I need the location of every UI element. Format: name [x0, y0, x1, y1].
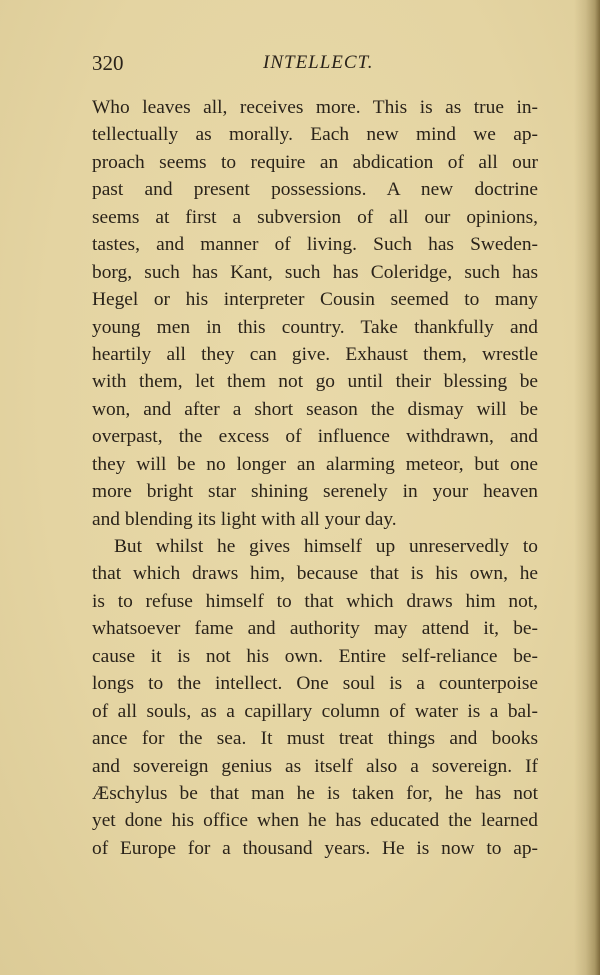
- text-line: young men in this country. Take thankful…: [92, 314, 538, 341]
- text-line: with them, let them not go until their b…: [92, 368, 538, 395]
- text-line: longs to the intellect. One soul is a co…: [92, 670, 538, 697]
- page-number: 320: [92, 48, 124, 78]
- text-line: yet done his office when he has educated…: [92, 807, 538, 834]
- text-line: Hegel or his interpreter Cousin seemed t…: [92, 286, 538, 313]
- running-head: INTELLECT.: [263, 48, 374, 78]
- text-line: whatsoever fame and authority may attend…: [92, 615, 538, 642]
- text-line: overpast, the excess of influence withdr…: [92, 423, 538, 450]
- text-line: Æschylus be that man he is taken for, he…: [92, 780, 538, 807]
- text-line: tastes, and manner of living. Such has S…: [92, 231, 538, 258]
- text-line: of Europe for a thousand years. He is no…: [92, 835, 538, 862]
- text-line: proach seems to require an abdication of…: [92, 149, 538, 176]
- paragraph-1: Who leaves all, receives more. This is a…: [92, 94, 538, 533]
- text-line: is to refuse himself to that which draws…: [92, 588, 538, 615]
- page-gutter-shadow: [574, 0, 600, 975]
- paragraph-2: But whilst he gives himself up unreserve…: [92, 533, 538, 862]
- page-header: 320 INTELLECT.: [92, 48, 538, 78]
- text-line: and blending its light with all your day…: [92, 506, 538, 533]
- text-line: cause it is not his own. Entire self-rel…: [92, 643, 538, 670]
- text-line: seems at first a subversion of all our o…: [92, 204, 538, 231]
- text-line: and sovereign genius as itself also a so…: [92, 753, 538, 780]
- body-text: Who leaves all, receives more. This is a…: [92, 94, 538, 862]
- text-line: more bright star shining serenely in you…: [92, 478, 538, 505]
- text-line: heartily all they can give. Exhaust them…: [92, 341, 538, 368]
- text-line: of all souls, as a capillary column of w…: [92, 698, 538, 725]
- text-line: tellectually as morally. Each new mind w…: [92, 121, 538, 148]
- text-line: ance for the sea. It must treat things a…: [92, 725, 538, 752]
- text-line: won, and after a short season the dismay…: [92, 396, 538, 423]
- text-line: past and present possessions. A new doct…: [92, 176, 538, 203]
- book-page: 320 INTELLECT. Who leaves all, receives …: [0, 0, 600, 975]
- text-line: borg, such has Kant, such has Coleridge,…: [92, 259, 538, 286]
- text-line: they will be no longer an alarming meteo…: [92, 451, 538, 478]
- text-line: Who leaves all, receives more. This is a…: [92, 94, 538, 121]
- text-line: But whilst he gives himself up unreserve…: [92, 533, 538, 560]
- text-line: that which draws him, because that is hi…: [92, 560, 538, 587]
